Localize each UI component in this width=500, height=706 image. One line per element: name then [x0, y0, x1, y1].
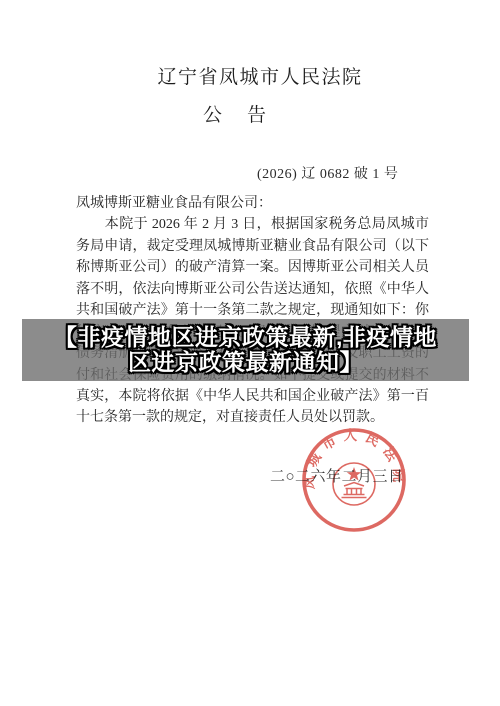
watermark-banner: 【非疫情地区进京政策最新,非疫情地 区进京政策最新通知】 — [22, 319, 469, 381]
case-number: (2026) 辽 0682 破 1 号 — [257, 165, 398, 184]
court-notice-page: 辽宁省凤城市人民法院 公 告 (2026) 辽 0682 破 1 号 凤城博斯亚… — [0, 0, 500, 706]
body-line: 十七条第一款的规定，对直接责任人员处以罚款。 — [76, 407, 429, 428]
watermark-text-line2: 区进京政策最新通知】 — [128, 350, 363, 375]
notice-title: 公 告 — [0, 104, 486, 128]
notice-date: 二○二六年二月三日 — [270, 467, 404, 487]
body-line: 本院于 2026 年 2 月 3 日，根据国家税务总局凤城市税 — [76, 214, 429, 235]
body-line: 落不明，依法向博斯亚公司公告送达通知，依照《中华人民 — [76, 279, 429, 300]
body-line: 称博斯亚公司）的破产清算一案。因博斯亚公司相关人员下 — [76, 257, 429, 278]
notice-body: 凤城博斯亚糖业食品有限公司： 本院于 2026 年 2 月 3 日，根据国家税务… — [76, 193, 429, 429]
body-line: 真实，本院将依据《中华人民共和国企业破产法》第一百二 — [76, 386, 429, 407]
body-line: 凤城博斯亚糖业食品有限公司： — [76, 193, 429, 214]
body-line: 务局申请，裁定受理凤城博斯亚糖业食品有限公司（以下简 — [76, 236, 429, 257]
court-title: 辽宁省凤城市人民法院 — [10, 66, 500, 90]
watermark-text-line1: 【非疫情地区进京政策最新,非疫情地 — [54, 325, 437, 350]
